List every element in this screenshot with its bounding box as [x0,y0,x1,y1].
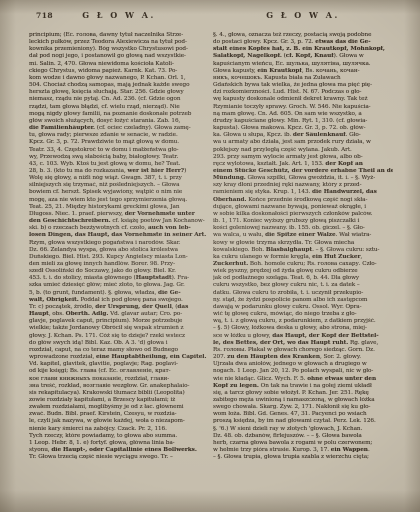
text-line: wiek pyszny, prędzej od żyda głowę cukru… [213,268,393,275]
text-line: się, a tarcz głowy sobie włożył. P. Kcha… [213,390,393,397]
text-line: Mündung. Głowa szpilki, Głowa gwoździa, … [213,175,393,182]
text-line: leckich pułków, przez Teodora Alexiewicz… [29,39,209,46]
text-line: do głów swych idą! Bibl. Kaz. Ob. A 3. '… [29,340,209,347]
running-title-right: G Ł O W A. [214,10,392,20]
text-line: dał pod nogi jego, i postanowił go głową… [29,53,209,60]
text-line: proszą księdza, by im nad głowami czytał… [213,418,393,425]
text-line: 43, c. 103. Wyb. Ktoś tu jest głową w do… [29,161,209,168]
text-line: wielkie; także Jordanowy Obrócił się wsp… [29,325,209,332]
text-line: den mieli za głowę innych handlów. Borer… [29,261,209,268]
text-line: nienie kary śmierci na zabójcy. Czack. P… [29,426,209,433]
text-line: ib. 1, 171. Koniec wyższy grubszy głową … [213,218,393,225]
text-line: silniejszych się trzymać, niż pośledniej… [29,182,209,189]
text-line: Teat. 25, 21. Między historykami greckim… [29,204,209,211]
text-line: nogach. 1 Leop. Jan 20, 12. Po polach wy… [213,368,393,375]
text-line: glavje, poglavek caput, principium). Mor… [29,318,209,325]
text-line: – §. Głowa trupia, głowa trupia szabla z… [213,454,393,461]
text-line: Dz. 48. ob. dzbanów, firlejuszów. – – §.… [213,433,393,440]
text-line: Ujrzała dwa aniołów, jednego w głowach a… [213,361,393,368]
text-line: styonu, die Haupt-, oder Capitallinie ei… [29,447,209,454]
text-line: dzi rozkomierzności. Lud. Hist. N. 67. P… [213,89,393,96]
text-line: 5, b. (to grunt, fundament). §. głowa, w… [29,290,209,297]
text-line: wie nie kładąc. Glicz. Wych. F. 5. ohne … [213,376,393,383]
text-column-right: §. 4., głowa, oznacza też rzeczy, postac… [213,32,393,464]
text-line: ka. Głowa u słupa, Kpcz. ib. der Säulenk… [213,132,393,139]
text-line: wa u armaty abo działa, jest sam przodek… [213,139,393,146]
text-line: swego chowała. Skarg. Żyw. 2, 171. Nakło… [213,404,393,411]
text-line: Gdańskich bywa tak wielka, że jedna głow… [213,82,393,89]
text-line: wić tę głowę cukru, mówiąc, do niego trz… [213,311,393,318]
text-line: dujące, głowami nazwane bywają, ponieważ… [213,204,393,211]
text-line: wą, t. i. z głową cukru, z podarunkiem, … [213,318,393,325]
text-column-left: principium; (Ec. голова, dawny tytuł nac… [29,32,209,464]
text-line: głowy. J. Kchan. Ps. 171. Cóż się to dzi… [29,333,209,340]
text-line: Rs. головы. Płakał w głowach chorego sie… [213,347,393,354]
text-line: herb, czarna głowa bawola z rogami w pol… [213,440,393,447]
text-line: 293. przy samym wylocie armaty jest głow… [213,154,393,161]
text-line: Kopf zu legen. On tak na trawie i na goł… [213,383,393,390]
text-line: 207. zu den Häupten des Kranken, Sor. 2.… [213,354,393,361]
text-line: do postaci głowy. Kpcz. Gr. 3, p. 72. et… [213,39,393,46]
text-line: 504. Chociaż chodzą samopas, mają jednak… [29,82,209,89]
text-line: kowy w głowie trzyma skrzydła. Tr. Głowa… [213,240,393,247]
text-line: wom łoża. Bibl. Gd. Genes. 47, 31. Pacye… [213,411,393,418]
text-line: w hełmie trzy pióra strusie. Kurop. 3, 1… [213,447,393,454]
text-line: szy kray dłoni przedniej ręki nazwany, k… [213,182,393,189]
text-line: §. 4., głowa, oznacza też rzeczy, postac… [213,32,393,39]
text-line: herszta głowę, księcia słuchają. Star. 2… [29,89,209,96]
text-line: sce w łóżku u głowy, das Haupt, der Kopf… [213,333,393,340]
text-line: 28, b. 3. (kto tu ma do rozkazania, wer … [29,168,209,175]
text-line: principium; (Ec. голова, dawny tytuł nac… [29,32,209,39]
text-line: rozdział, caput, na co teraz mamy słowo … [29,347,209,354]
text-line: jak od podłażnego szeląga. Teat. 6, b. 4… [213,275,393,282]
text-line: зна treść, rozkład, возглавіе wezgłow. G… [29,383,209,390]
text-line: Dz. 66. Zelandya wyspa, głowa abo stolic… [29,247,209,254]
text-line: ka cukru ulanego w formie kręgla, ein Hu… [213,254,393,261]
text-line: mi. Salin. 2, 470. Głowa niewidoma kości… [29,61,209,68]
text-line: bowiem cf. herszt. Spisek wyjawiony, wąt… [29,189,209,196]
text-line: kowalskiego. Boh. Blasbalghaupt. – §. Gł… [213,247,393,254]
text-line: cukru wszystko, bez głowy cukru nic, t. … [213,282,393,289]
text-line: sis rekapitulacya). Krakowski tłumacz bi… [29,390,209,397]
text-line: Kpcz. Gr. 3, p. 72. Prawdziwie to mąż gł… [29,139,209,146]
text-line: le, des Bettes, der Ort, wo das Haupt ru… [213,340,393,347]
text-line: wa walca, u wału, die Spitze einer Walze… [213,232,393,239]
text-line: wprowadzone rozdział, eine Hauptabtheilu… [29,354,209,361]
text-line: szka umieć dziesięć głów; mieć złoto, to… [29,282,209,289]
text-line: pokłejszy nad przyległą część wylana. Ja… [213,147,393,154]
text-line: ckiego Chrystus, widoma papież. Karnk. K… [29,68,209,75]
text-line: wę kapusty doskonale odmienił dekret kra… [213,96,393,103]
text-line: Oberhand. Końce przednie środkową część … [213,197,393,204]
text-line: głów swoich służących, dosyć łożyć stara… [29,118,209,125]
running-head: 718 G Ł O W A. G Ł O W A. [0,10,420,24]
text-line: dawają w podarunku głowy cukru. Ossol. W… [213,304,393,311]
text-line: Salatkopf, Nagelkopf. (cf. Kopf, Knauf).… [213,53,393,60]
text-line: Wolę się głowy, a niźli nóg wiąż. Gwagn.… [29,175,209,182]
text-line: kapusta). Głowa makowa. Kpcz. Gr. 3, p. … [213,125,393,132]
text-line: den Geschichtschreibern. cf. książę poet… [29,218,209,225]
text-line: stalt eines Kopfes hat, z. B. ein Krautk… [213,46,393,53]
text-line: le, czyli jak nazywa, w głowie każdej, w… [29,418,209,425]
text-line: Rzymianie toczyły sprawy. Groch. W. 546.… [213,104,393,111]
text-line: mogą nigdy głowy familii, na poznanie do… [29,111,209,118]
text-line: szedł Ossoliński do Soczawy, jako do gło… [29,268,209,275]
text-line: Teatr. 33, 4. Częstokroć to w domu i mał… [29,147,209,154]
text-line: walt, Obrigkeit. Poddał ich pod głowę pa… [29,297,209,304]
text-line: drudzy kapuściane głowy. Min. Ryt. 1, 31… [213,118,393,125]
text-line: Haupt, obs. Oberth. Adlg. Vd. glavar aut… [29,311,209,318]
text-line: кое глави книжныхъ показаніе, rozdział, … [29,376,209,383]
text-line: die Familienhäupter. (cf. ociec czeladny… [29,125,209,132]
text-line: §. '6.) W sieni dzieli ray w złotych 'gł… [213,426,393,433]
text-line: ny. stąd, że żydzi pospolicie panom albo… [213,297,393,304]
text-line: zwać. Budn. Bibl. praef. Kirstein, Czesy… [29,411,209,418]
text-line: никъ, кочешокъ. Kapusta biała na Żuławac… [213,75,393,82]
text-line: losen Dingen, das Haupt, das Vornehmste … [29,232,209,239]
text-line: Vd. kapitel, glavitek, glavitie, poglavj… [29,361,209,368]
text-line: Tr. Głowa trzecią część niesie wyciągu s… [29,454,209,461]
text-line: zabitego męża uwinioną i namaszczoną, w … [213,397,393,404]
text-line: Głowa kapusty, ein Krautkopf, Bs. кочань… [213,68,393,75]
text-line: Tr. c) początek, źródło, der Ursprung, d… [29,304,209,311]
book-page: 718 G Ł O W A. G Ł O W A. principium; (E… [0,0,420,512]
text-line: datku. Głowa cukru to zrobiła, t. i. ucz… [213,290,393,297]
text-line: kapuścianym wieńcu, Ec. шулька, шулятіна… [213,61,393,68]
text-line: w sobie kilka doskonałości pierwszych cz… [213,211,393,218]
text-line: Tych rzeczy, które powiadamy, to głowa a… [29,433,209,440]
text-line: zwałem rozdziałami, moglibyśmy je od z ł… [29,404,209,411]
text-line: Zuckerhut. Boh. homole cukru; Rs. голова… [213,261,393,268]
text-line: tu, głowa rady; pierwsze zdanie w senaci… [29,132,209,139]
text-line: rządzi, tam głowa błądzi, cf. wielu rząd… [29,104,209,111]
text-line: niemasz, rządu nie pytaj. Cn. Ad. 236. (… [29,96,209,103]
text-line: ramieniem się styka. Krup. 1, 143. die H… [213,189,393,196]
text-line: mogę, aza nie wiem kto jest tego sprzymi… [29,197,209,204]
text-line: zowie rozdziały kapitułami, a Brzescy ka… [29,397,209,404]
text-line: ną mam głowę. Cn. Ad. 605. On sam wie ws… [213,111,393,118]
text-line: kom wodze i dawno głowy nazwanego, P. Kc… [29,75,209,82]
text-line: wy, Przewodzą swą słabością baby, białog… [29,154,209,161]
text-line: Duńskiego. Biel. Hist. 293. Kupcy Angiel… [29,254,209,261]
text-line: od kije księgi; Bs. глава (cf. Ec. оглав… [29,368,209,375]
text-line: kownika przemieniony). Bóg wszystko Chry… [29,46,209,53]
text-line: einem Stücke Geschütz, der vordere erhab… [213,168,393,175]
text-line: ręcz wylotowa, kształt. Jak. Art. 1, 153… [213,161,393,168]
text-line: Dlugoss. Niec. 1. praef. pierwszy, der V… [29,211,209,218]
text-line: ski. b) o rzeczach bezżywotnych cf. czoł… [29,225,209,232]
text-line: kości goleniowej nazwany. ib. 155. ob. g… [213,225,393,232]
text-line: 1 Leop. Hebr. 8, 1. e) fortyf. głowa, gł… [29,440,209,447]
text-line: – §. 5) Głowy, łóżkowa deska u głowy, ab… [213,325,393,332]
text-line: Rzym, głowa wszystkiego pogaństwa i naro… [29,240,209,247]
text-line: 453. t. i. do stolicy, miasta głównego (… [29,275,209,282]
running-title-left: G Ł O W A. [30,10,208,20]
